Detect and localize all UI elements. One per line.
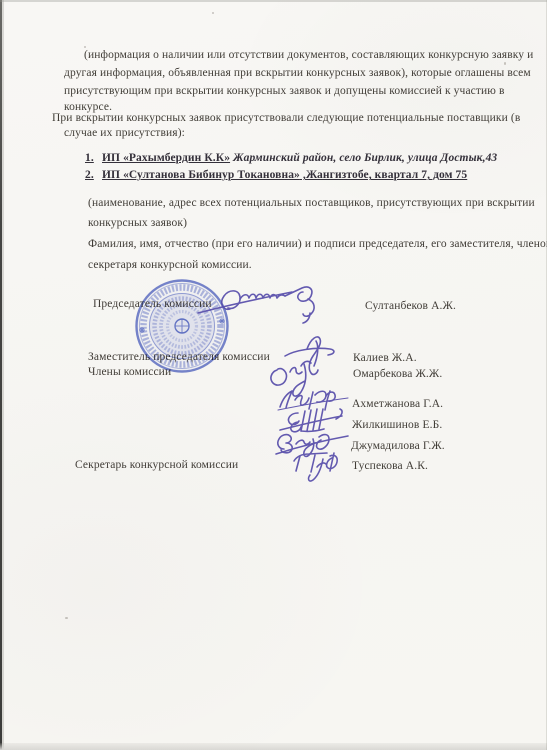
role-chairman: Председатель комиссии xyxy=(93,297,212,311)
signature-chairman xyxy=(198,287,314,323)
role-deputy: Заместитель председателя комиссии xyxy=(88,350,270,364)
supplier-1-name: ИП «Рахымбердин К.К» xyxy=(102,152,230,164)
scanned-protocol-page: (информация о наличии или отсутствии док… xyxy=(0,0,547,750)
present-line-1: При вскрытии конкурсных заявок присутств… xyxy=(52,111,520,125)
signature-member-1 xyxy=(271,361,311,396)
present-line-2: случае их присутствия): xyxy=(64,126,185,140)
supplier-item-2: 2.ИП «Султанова Бибинур Токановна» ,Жанг… xyxy=(85,168,467,182)
stamp-center-emblem-icon xyxy=(175,319,189,334)
supplier-item-1: 1.ИП «Рахымбердин К.К» Жарминский район,… xyxy=(85,151,497,165)
stamp-star-right-icon xyxy=(219,318,225,324)
signature-member-2 xyxy=(278,391,348,410)
signature-secretary xyxy=(294,453,337,481)
name-deputy: Калиев Ж.А. xyxy=(353,351,417,365)
signature-member-4 xyxy=(276,435,348,457)
name-member-1: Омарбекова Ж.Ж. xyxy=(353,367,442,381)
signature-deputy xyxy=(285,337,334,375)
paper-speck xyxy=(212,12,214,14)
supplier-1-number: 1. xyxy=(85,151,102,165)
name-secretary: Туспекова А.К. xyxy=(352,459,428,473)
intro-line-1: (информация о наличии или отсутствии док… xyxy=(84,48,533,62)
intro-line-2: другая информация, объявленная при вскры… xyxy=(64,66,531,80)
supplier-2-name: ИП «Султанова Бибинур Токановна» xyxy=(102,169,300,181)
scan-edge-bottom xyxy=(0,743,547,750)
name-member-2: Ахметжанова Г.А. xyxy=(352,397,443,411)
role-members: Члены комиссии xyxy=(88,365,171,379)
role-secretary: Секретарь конкурсной комиссии xyxy=(75,458,238,472)
supplier-2-number: 2. xyxy=(85,168,102,182)
paper-speck xyxy=(84,46,86,48)
caption-line-2: конкурсных заявок) xyxy=(88,216,187,230)
fio-line-2: секретаря конкурсной комиссии. xyxy=(88,258,252,272)
scan-edge-left-shadow xyxy=(2,0,4,750)
stamp-star-left-icon xyxy=(139,327,145,333)
paper-speck xyxy=(504,62,506,65)
scan-edge-top xyxy=(0,0,547,2)
intro-line-3: присутствующим при вскрытии конкурсных з… xyxy=(64,84,505,98)
signature-member-3 xyxy=(280,409,342,432)
fio-line-1: Фамилия, имя, отчество (при его наличии)… xyxy=(88,237,547,251)
paper-speck xyxy=(65,617,68,619)
supplier-1-address: Жарминский район, село Бирлик, улица Дос… xyxy=(230,152,497,164)
supplier-2-address: ,Жангизтобе, квартал 7, дом 75 xyxy=(300,169,467,181)
name-chairman: Султанбеков А.Ж. xyxy=(365,299,456,313)
caption-line-1: (наименование, адрес всех потенциальных … xyxy=(88,196,535,210)
name-member-3: Жилкишинов Е.Б. xyxy=(352,418,442,432)
name-member-4: Джумадилова Г.Ж. xyxy=(351,439,445,453)
